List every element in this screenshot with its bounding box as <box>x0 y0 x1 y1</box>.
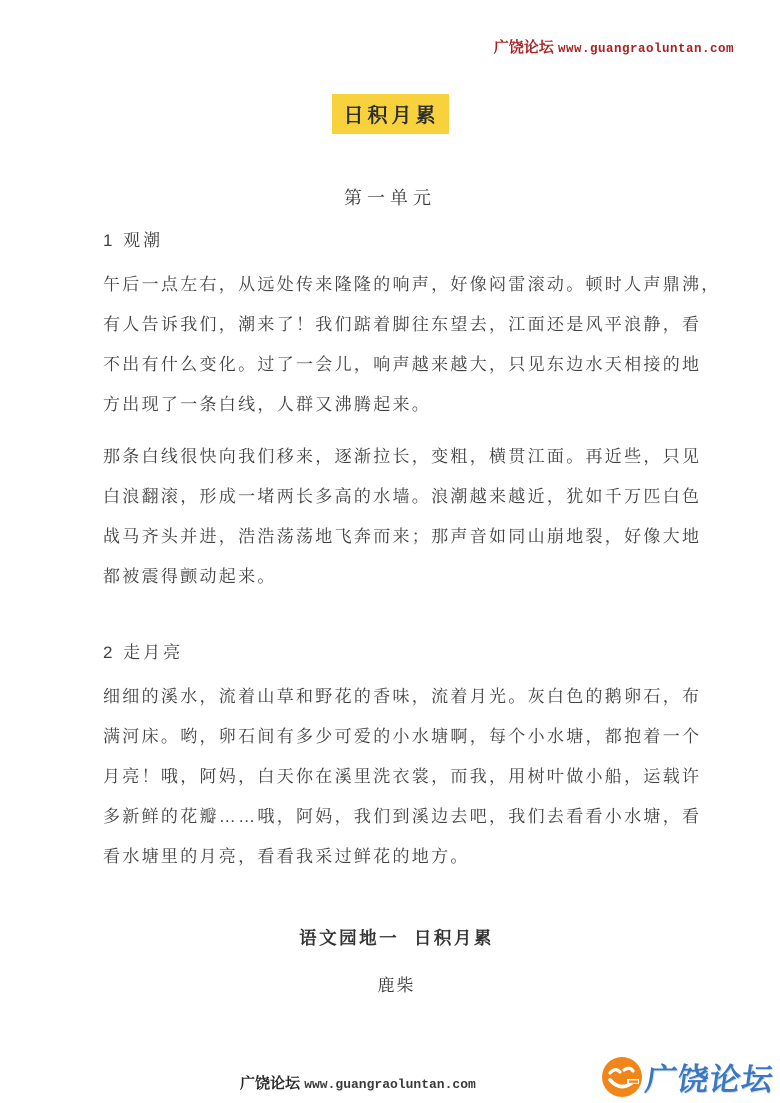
footer-logo: 广饶论坛 <box>600 1054 774 1099</box>
garden-heading: 语文园地一 日积月累 <box>103 925 690 951</box>
body-text-line: 多新鲜的花瓣……哦，阿妈，我们到溪边去吧，我们去看看小水塘，看 <box>103 797 690 837</box>
footer-site-name: 广饶论坛 <box>240 1075 300 1092</box>
document-title-text: 日积月累 <box>332 94 449 134</box>
body-text-line: 细细的溪水，流着山草和野花的香味，流着月光。灰白色的鹅卵石，布 <box>103 677 690 717</box>
body-text-line: 方出现了一条白线，人群又沸腾起来。 <box>103 385 690 425</box>
document-title: 日积月累 <box>0 94 780 134</box>
header-site-url: www.guangraoluntan.com <box>558 42 734 56</box>
body-text-line: 都被震得颤动起来。 <box>103 557 690 597</box>
footer-site-url: www.guangraoluntan.com <box>304 1077 476 1092</box>
footer-watermark: 广饶论坛 www.guangraoluntan.com <box>240 1072 476 1093</box>
body-text-line: 午后一点左右，从远处传来隆隆的响声，好像闷雷滚动。顿时人声鼎沸， <box>103 265 690 305</box>
body-text-line: 月亮！哦，阿妈，白天你在溪里洗衣裳，而我，用树叶做小船，运载许 <box>103 757 690 797</box>
lesson1-paragraph1: 午后一点左右，从远处传来隆隆的响声，好像闷雷滚动。顿时人声鼎沸，有人告诉我们，潮… <box>103 265 690 425</box>
body-text-line: 看水塘里的月亮，看看我采过鲜花的地方。 <box>103 837 690 877</box>
body-text-line: 白浪翻滚，形成一堵两长多高的水墙。浪潮越来越近，犹如千万匹白色 <box>103 477 690 517</box>
lesson2-heading: 2 走月亮 <box>103 641 690 665</box>
header-site-name: 广饶论坛 <box>494 39 554 56</box>
body-text-line: 战马齐头并进，浩浩荡荡地飞奔而来；那声音如同山崩地裂，好像大地 <box>103 517 690 557</box>
smiley-g-logo-icon <box>600 1055 644 1099</box>
document-page: 广饶论坛 www.guangraoluntan.com 日积月累 第一单元 1 … <box>0 0 780 1103</box>
body-text-line: 那条白线很快向我们移来，逐渐拉长，变粗，横贯江面。再近些，只见 <box>103 437 690 477</box>
poem-title: 鹿柴 <box>103 971 690 996</box>
lesson1-paragraph2: 那条白线很快向我们移来，逐渐拉长，变粗，横贯江面。再近些，只见白浪翻滚，形成一堵… <box>103 437 690 597</box>
unit-heading: 第一单元 <box>0 184 780 210</box>
lesson1-heading: 1 观潮 <box>103 229 690 253</box>
header-watermark: 广饶论坛 www.guangraoluntan.com <box>494 36 734 57</box>
body-text-line: 有人告诉我们，潮来了！我们踮着脚往东望去，江面还是风平浪静，看 <box>103 305 690 345</box>
footer-logo-text: 广饶论坛 <box>643 1054 777 1099</box>
document-body: 1 观潮 午后一点左右，从远处传来隆隆的响声，好像闷雷滚动。顿时人声鼎沸，有人告… <box>103 229 690 996</box>
body-text-line: 满河床。哟，卵石间有多少可爱的小水塘啊，每个小水塘，都抱着一个 <box>103 717 690 757</box>
body-text-line: 不出有什么变化。过了一会儿，响声越来越大，只见东边水天相接的地 <box>103 345 690 385</box>
lesson2-paragraph: 细细的溪水，流着山草和野花的香味，流着月光。灰白色的鹅卵石，布满河床。哟，卵石间… <box>103 677 690 877</box>
